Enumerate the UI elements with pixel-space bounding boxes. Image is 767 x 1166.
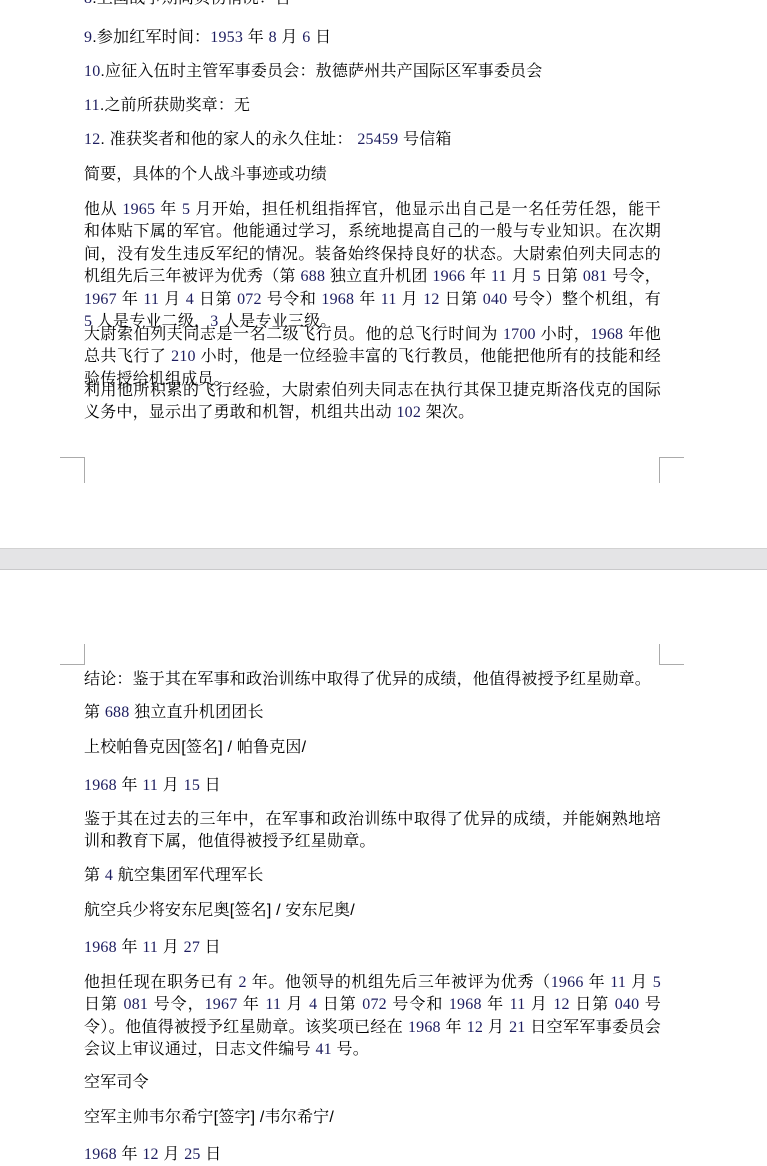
document-page-2: 结论：鉴于其在军事和政治训练中取得了优异的成绩，他值得被授予红星勋章。 第 68… <box>0 570 767 1166</box>
paragraph-service-record: 他从 1965 年 5 月开始，担任机组指挥官，他显示出自己是一名任劳任怨，能干… <box>84 199 661 333</box>
signature3-title: 空军司令 <box>84 1072 149 1094</box>
signature1-name: 上校帕鲁克因[签名] / 帕鲁克因/ <box>84 737 306 759</box>
document-page-1: 8.卫国战争期间负伤情况：否 9.参加红军时间：1953 年 8 月 6 日 1… <box>0 0 767 548</box>
signature3-date: 1968 年 12 月 25 日 <box>84 1144 221 1166</box>
signature1-title: 第 688 独立直升机团团长 <box>84 702 264 724</box>
page2-top-left-margin-mark <box>60 644 85 665</box>
field-war-wounds-line-clipped: 8.卫国战争期间负伤情况：否 <box>84 0 291 10</box>
page1-bottom-right-margin-mark <box>659 457 684 483</box>
signature2-date: 1968 年 11 月 27 日 <box>84 937 221 959</box>
signature3-name: 空军主帅韦尔希宁[签字] /韦尔希宁/ <box>84 1107 334 1129</box>
conclusion-line: 结论：鉴于其在军事和政治训练中取得了优异的成绩，他值得被授予红星勋章。 <box>84 669 661 691</box>
signature1-date: 1968 年 11 月 15 日 <box>84 775 221 797</box>
signature2-name: 航空兵少将安东尼奥[签名] / 安东尼奥/ <box>84 900 355 922</box>
page-break-separator <box>0 548 767 570</box>
field-draft-military-committee: 10.应征入伍时主管军事委员会：敖德萨州共产国际区军事委员会 <box>84 61 542 83</box>
field-red-army-join-date: 9.参加红军时间：1953 年 8 月 6 日 <box>84 27 331 49</box>
endorsement-air-force-paragraph: 他担任现在职务已有 2 年。他领导的机组先后三年被评为优秀（1966 年 11 … <box>84 972 661 1062</box>
field-permanent-address: 12. 准获奖者和他的家人的永久住址： 25459 号信箱 <box>84 129 452 151</box>
endorsement-division-paragraph: 鉴于其在过去的三年中，在军事和政治训练中取得了优异的成绩，并能娴熟地培训和教育下… <box>84 809 661 854</box>
field-previous-awards: 11.之前所获勋奖章：无 <box>84 95 250 117</box>
paragraph-czechoslovakia-duty: 利用他所积累的飞行经验，大尉索伯列夫同志在执行其保卫捷克斯洛伐克的国际义务中，显… <box>84 380 661 425</box>
page1-bottom-left-margin-mark <box>60 457 85 483</box>
page2-top-right-margin-mark <box>659 644 684 665</box>
signature2-title: 第 4 航空集团军代理军长 <box>84 865 264 887</box>
section-heading-merits: 简要，具体的个人战斗事迹或功绩 <box>84 164 327 186</box>
